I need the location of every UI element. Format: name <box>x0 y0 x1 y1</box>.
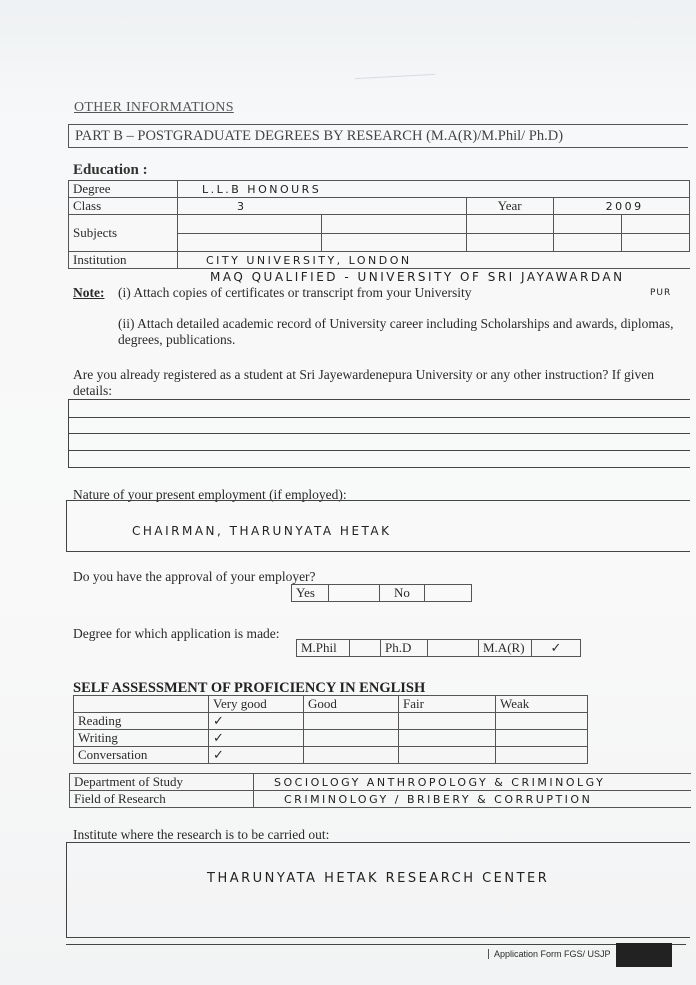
approval-table: Yes No <box>291 584 472 602</box>
yes-checkbox[interactable] <box>329 585 380 602</box>
phd-label: Ph.D <box>381 640 428 657</box>
subject-cell[interactable] <box>466 233 553 252</box>
col-very-good: Very good <box>209 696 304 713</box>
reading-very-good[interactable]: ✓ <box>209 713 304 730</box>
footer-page-block <box>616 943 672 967</box>
class-value: 3 <box>182 200 247 213</box>
col-fair: Fair <box>399 696 496 713</box>
section-title: OTHER INFORMATIONS <box>74 100 234 116</box>
handwritten-note-continuation: PUR <box>650 288 671 298</box>
yes-label: Yes <box>292 585 329 602</box>
field-label: Field of Research <box>70 791 254 808</box>
writing-good[interactable] <box>304 730 399 747</box>
department-field[interactable]: SOCIOLOGY ANTHROPOLOGY & CRIMINOLGY <box>254 774 692 791</box>
note-item-1: (i) Attach copies of certificates or tra… <box>118 285 472 301</box>
conversation-good[interactable] <box>304 747 399 764</box>
institute-field[interactable] <box>66 842 690 938</box>
subject-cell[interactable] <box>621 215 689 234</box>
part-title: PART B – POSTGRADUATE DEGREES BY RESEARC… <box>68 124 688 148</box>
class-row: Class 3 Year 2009 <box>69 198 690 215</box>
subjects-row-1: Subjects <box>69 215 690 234</box>
year-label: Year <box>466 198 553 215</box>
department-label: Department of Study <box>70 774 254 791</box>
department-row: Department of Study SOCIOLOGY ANTHROPOLO… <box>70 774 692 791</box>
degree-applied-question: Degree for which application is made: <box>73 626 280 642</box>
subject-cell[interactable] <box>178 215 322 234</box>
registration-line[interactable] <box>68 399 690 400</box>
subject-cell[interactable] <box>621 233 689 252</box>
approval-question: Do you have the approval of your employe… <box>73 569 316 585</box>
registration-line[interactable] <box>68 417 690 418</box>
institute-value: THARUNYATA HETAK RESEARCH CENTER <box>207 871 549 886</box>
skill-label: Reading <box>74 713 209 730</box>
proficiency-table: Very good Good Fair Weak Reading ✓ Writi… <box>73 695 588 764</box>
conversation-very-good[interactable]: ✓ <box>209 747 304 764</box>
institution-label: Institution <box>69 252 178 269</box>
subject-cell[interactable] <box>178 233 322 252</box>
institution-row: Institution CITY UNIVERSITY, LONDON <box>69 252 690 269</box>
institution-field[interactable]: CITY UNIVERSITY, LONDON <box>178 252 690 269</box>
registration-line[interactable] <box>68 450 690 451</box>
proficiency-header-row: Very good Good Fair Weak <box>74 696 588 713</box>
footer-text: Application Form FGS/ USJP <box>488 949 611 959</box>
mar-checkbox[interactable]: ✓ <box>532 640 581 657</box>
proficiency-row-conversation: Conversation ✓ <box>74 747 588 764</box>
study-table: Department of Study SOCIOLOGY ANTHROPOLO… <box>69 773 691 808</box>
department-value: SOCIOLOGY ANTHROPOLOGY & CRIMINOLGY <box>274 776 605 789</box>
field-value: CRIMINOLOGY / BRIBERY & CORRUPTION <box>284 793 592 806</box>
mphil-label: M.Phil <box>297 640 350 657</box>
reading-fair[interactable] <box>399 713 496 730</box>
skill-label: Writing <box>74 730 209 747</box>
handwritten-qualification-note: MAQ QUALIFIED - UNIVERSITY OF SRI JAYAWA… <box>210 270 625 284</box>
degree-label: Degree <box>69 181 178 198</box>
subject-cell[interactable] <box>322 215 466 234</box>
year-field[interactable]: 2009 <box>553 198 689 215</box>
registration-question: Are you already registered as a student … <box>73 367 693 399</box>
conversation-weak[interactable] <box>496 747 588 764</box>
field-field[interactable]: CRIMINOLOGY / BRIBERY & CORRUPTION <box>254 791 692 808</box>
subjects-label: Subjects <box>69 215 178 252</box>
field-row: Field of Research CRIMINOLOGY / BRIBERY … <box>70 791 692 808</box>
education-table: Degree L.L.B HONOURS Class 3 Year 2009 S… <box>68 180 690 269</box>
proficiency-row-writing: Writing ✓ <box>74 730 588 747</box>
writing-weak[interactable] <box>496 730 588 747</box>
education-heading: Education : <box>73 162 148 179</box>
employment-value: CHAIRMAN, THARUNYATA HETAK <box>132 524 392 538</box>
no-label: No <box>380 585 425 602</box>
col-weak: Weak <box>496 696 588 713</box>
note-label: Note: <box>73 285 104 301</box>
class-field[interactable]: 3 <box>178 198 467 215</box>
subject-cell[interactable] <box>322 233 466 252</box>
writing-fair[interactable] <box>399 730 496 747</box>
registration-line[interactable] <box>68 467 690 468</box>
subject-cell[interactable] <box>553 233 621 252</box>
degree-value: L.L.B HONOURS <box>182 183 321 196</box>
no-checkbox[interactable] <box>425 585 472 602</box>
note-item-2: (ii) Attach detailed academic record of … <box>118 316 678 348</box>
year-value: 2009 <box>558 200 644 213</box>
writing-very-good[interactable]: ✓ <box>209 730 304 747</box>
registration-box-edge <box>68 399 69 467</box>
institute-question: Institute where the research is to be ca… <box>73 827 329 843</box>
proficiency-row-reading: Reading ✓ <box>74 713 588 730</box>
conversation-fair[interactable] <box>399 747 496 764</box>
blank-header <box>74 696 209 713</box>
degree-field[interactable]: L.L.B HONOURS <box>178 181 690 198</box>
degree-row: Degree L.L.B HONOURS <box>69 181 690 198</box>
reading-weak[interactable] <box>496 713 588 730</box>
mphil-checkbox[interactable] <box>350 640 381 657</box>
phd-checkbox[interactable] <box>428 640 479 657</box>
subject-cell[interactable] <box>466 215 553 234</box>
class-label: Class <box>69 198 178 215</box>
registration-line[interactable] <box>68 433 690 434</box>
subject-cell[interactable] <box>553 215 621 234</box>
degree-applied-table: M.Phil Ph.D M.A(R) ✓ <box>296 639 581 657</box>
skill-label: Conversation <box>74 747 209 764</box>
reading-good[interactable] <box>304 713 399 730</box>
col-good: Good <box>304 696 399 713</box>
footer-divider <box>66 944 686 945</box>
institution-value: CITY UNIVERSITY, LONDON <box>182 254 412 267</box>
mar-label: M.A(R) <box>479 640 532 657</box>
